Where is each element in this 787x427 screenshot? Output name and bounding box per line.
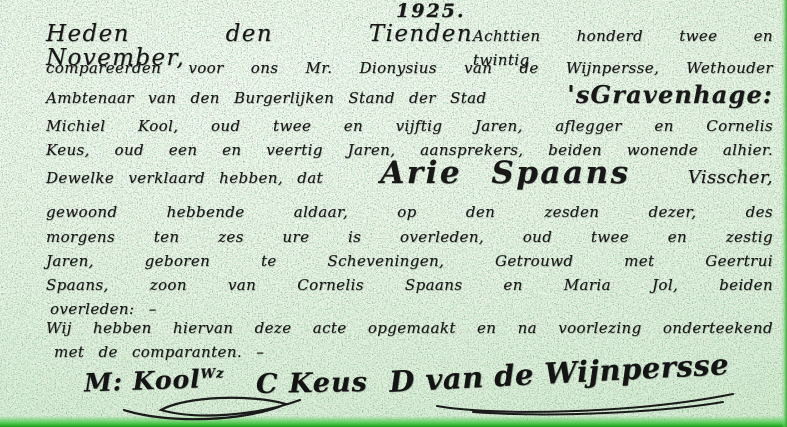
scanned-document-page: 1925. Heden den Tienden November, Achtti…	[0, 0, 787, 427]
signature-declarant-1-name: M: Kool	[84, 364, 202, 397]
line-segment-city-name: 'sGravenhage:	[567, 83, 773, 107]
year-heading: 1925.	[396, 0, 466, 22]
handwritten-line-10: Spaans, zoon van Cornelis Spaans en Mari…	[46, 273, 773, 297]
line-segment-declaration: Dewelke verklaard hebben, dat	[46, 166, 323, 190]
handwritten-line-6: Dewelke verklaard hebben, dat Arie Spaan…	[46, 161, 773, 200]
signature-declarant-1: M: KoolWz	[84, 364, 226, 398]
document-content: 1925. Heden den Tienden November, Achtti…	[0, 0, 787, 427]
handwritten-line-11: overleden: –	[50, 297, 773, 316]
signature-declarant-1-suffix: Wz	[200, 366, 224, 382]
handwritten-line-12: Wij hebben hiervan deze acte opgemaakt e…	[46, 316, 773, 340]
handwritten-line-1: Heden den Tienden November, Achttien hon…	[46, 22, 773, 56]
handwritten-line-9: Jaren, geboren te Scheveningen, Getrouwd…	[46, 249, 773, 273]
handwritten-line-7: gewoond hebbende aldaar, op den zesden d…	[46, 200, 773, 225]
line-segment-registrar: Ambtenaar van den Burgerlijken Stand der…	[46, 86, 487, 110]
handwritten-line-2: compareerden voor ons Mr. Dionysius van …	[46, 56, 773, 83]
handwritten-line-8: morgens ten zes ure is overleden, oud tw…	[46, 225, 773, 249]
signature-block: M: KoolWz C Keus D van de Wijnpersse	[46, 360, 773, 426]
handwritten-line-4: Michiel Kool, oud twee en vijftig Jaren,…	[46, 114, 773, 138]
handwritten-line-3: Ambtenaar van den Burgerlijken Stand der…	[46, 83, 773, 114]
deceased-name: Arie Spaans	[380, 161, 630, 185]
signature-declarant-2: C Keus	[256, 367, 368, 400]
deceased-profession: Visscher,	[688, 166, 773, 190]
